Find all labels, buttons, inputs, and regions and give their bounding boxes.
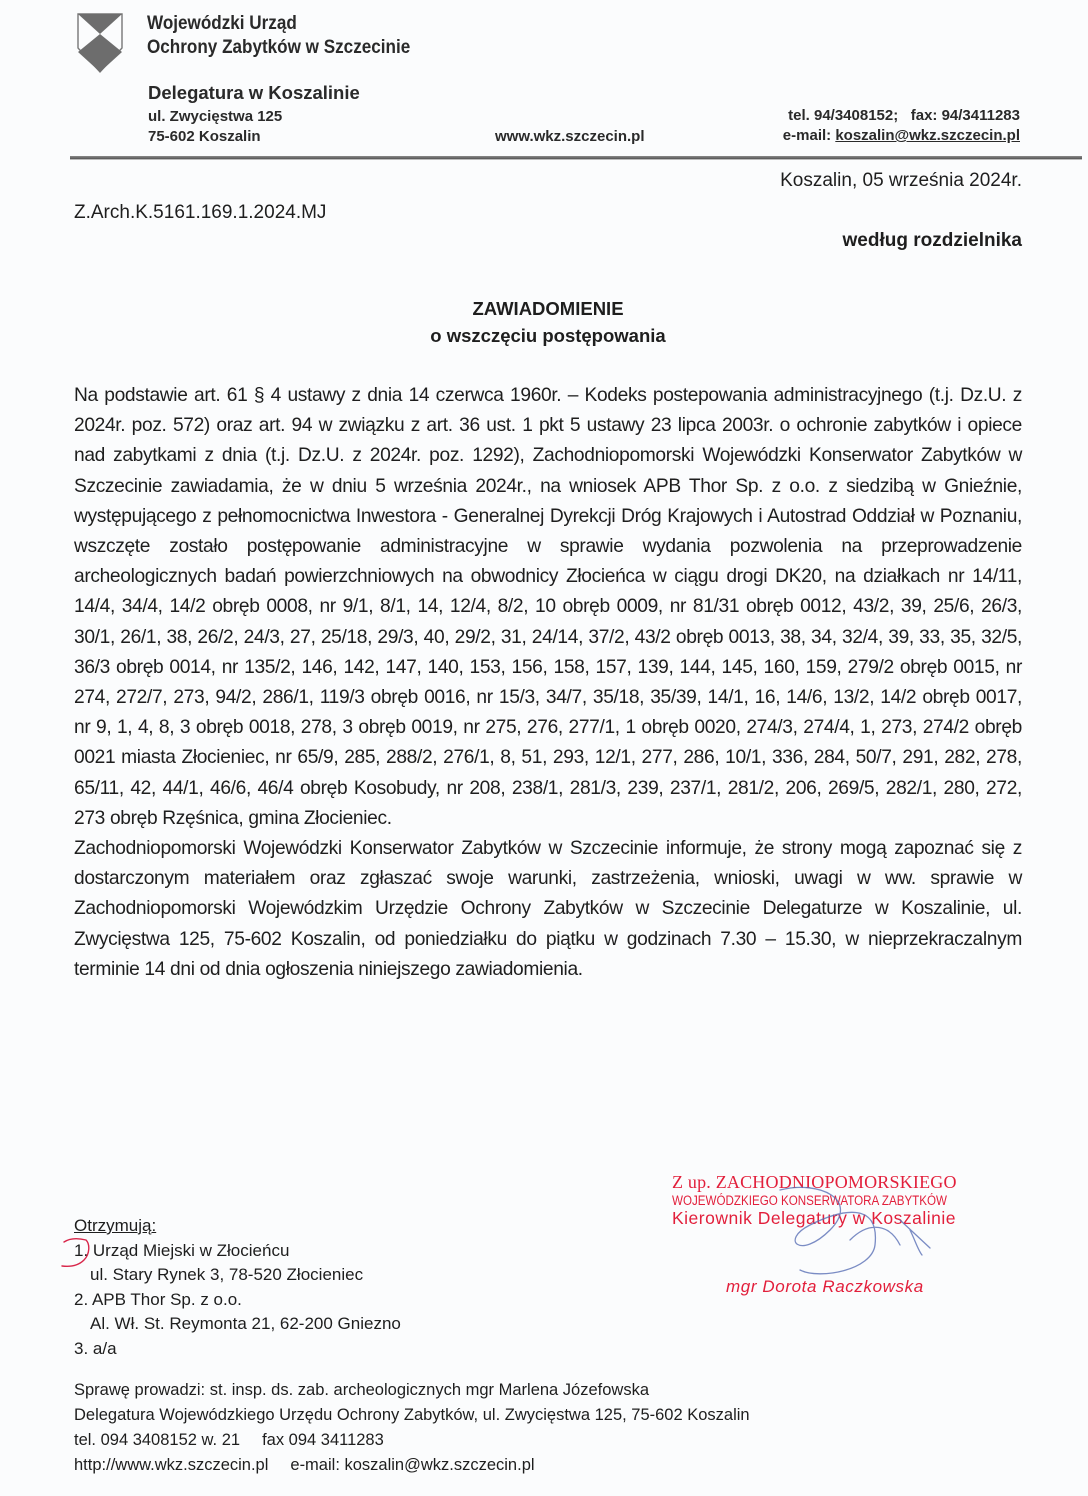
contact-info: tel. 94/3408152; fax: 94/3411283 e-mail:… xyxy=(783,106,1020,146)
distribution-item: 1. Urząd Miejski w Złocieńcu ul. Stary R… xyxy=(74,1239,401,1288)
branch-address: ul. Zwycięstwa 125 75-602 Koszalin xyxy=(148,107,282,147)
title-line2: o wszczęciu postępowania xyxy=(0,322,1088,349)
recipient-line: według rozdzielnika xyxy=(843,230,1022,252)
org-name-line2: Ochrony Zabytków w Szczecinie xyxy=(147,36,410,60)
phone-fax: tel. 94/3408152; fax: 94/3411283 xyxy=(783,106,1020,126)
distribution-item-name: 3. a/a xyxy=(74,1337,401,1362)
shield-logo-icon xyxy=(76,12,124,74)
footer-phone-line: tel. 094 3408152 w. 21fax 094 3411283 xyxy=(74,1428,750,1453)
red-tick-mark-icon xyxy=(56,1236,106,1272)
reference-number: Z.Arch.K.5161.169.1.2024.MJ xyxy=(74,202,326,224)
org-name-line1: Wojewódzki Urząd xyxy=(147,12,410,36)
email-line: e-mail: koszalin@wkz.szczecin.pl xyxy=(783,126,1020,146)
document-body: Na podstawie art. 61 § 4 ustawy z dnia 1… xyxy=(74,381,1022,985)
distribution-item-address: ul. Stary Rynek 3, 78-520 Złocieniec xyxy=(74,1263,401,1288)
footer-website-link[interactable]: http://www.wkz.szczecin.pl xyxy=(74,1456,268,1474)
branch-name: Delegatura w Koszalinie xyxy=(148,82,360,104)
footer-fax: fax 094 3411283 xyxy=(262,1431,384,1449)
footer-email-link[interactable]: e-mail: koszalin@wkz.szczecin.pl xyxy=(290,1456,534,1474)
city: 75-602 Koszalin xyxy=(148,127,282,147)
organization-name: Wojewódzki Urząd Ochrony Zabytków w Szcz… xyxy=(147,12,410,60)
email-link[interactable]: koszalin@wkz.szczecin.pl xyxy=(835,127,1020,144)
footer-tel: tel. 094 3408152 w. 21 xyxy=(74,1431,240,1449)
distribution-item-name: 2. APB Thor Sp. z o.o. xyxy=(74,1288,401,1313)
signer-name: mgr Dorota Raczkowska xyxy=(726,1277,924,1297)
office-address: Delegatura Wojewódzkiego Urzędu Ochrony … xyxy=(74,1403,750,1428)
email-label: e-mail: xyxy=(783,127,836,144)
letter-date: Koszalin, 05 września 2024r. xyxy=(780,170,1022,192)
body-paragraph-2: Zachodniopomorski Wojewódzki Konserwator… xyxy=(74,834,1022,985)
body-paragraph-1: Na podstawie art. 61 § 4 ustawy z dnia 1… xyxy=(74,381,1022,834)
footer-web-line: http://www.wkz.szczecin.ple-mail: koszal… xyxy=(74,1453,750,1478)
case-officer-footer: Sprawę prowadzi: st. insp. ds. zab. arch… xyxy=(74,1378,750,1478)
title-line1: ZAWIADOMIENIE xyxy=(0,295,1088,322)
case-officer: Sprawę prowadzi: st. insp. ds. zab. arch… xyxy=(74,1378,750,1403)
distribution-item: 2. APB Thor Sp. z o.o. Al. Wł. St. Reymo… xyxy=(74,1288,401,1337)
street: ul. Zwycięstwa 125 xyxy=(148,107,282,127)
header-divider-shadow xyxy=(70,159,1082,160)
distribution-item-name: 1. Urząd Miejski w Złocieńcu xyxy=(74,1239,401,1264)
website-link[interactable]: www.wkz.szczecin.pl xyxy=(495,128,645,145)
distribution-item-address: Al. Wł. St. Reymonta 21, 62-200 Gniezno xyxy=(74,1312,401,1337)
distribution-heading: Otrzymują: xyxy=(74,1214,401,1239)
distribution-item: 3. a/a xyxy=(74,1337,401,1362)
handwritten-signature-icon xyxy=(760,1170,960,1290)
distribution-list: Otrzymują: 1. Urząd Miejski w Złocieńcu … xyxy=(74,1214,401,1361)
document-title: ZAWIADOMIENIE o wszczęciu postępowania xyxy=(0,295,1088,349)
